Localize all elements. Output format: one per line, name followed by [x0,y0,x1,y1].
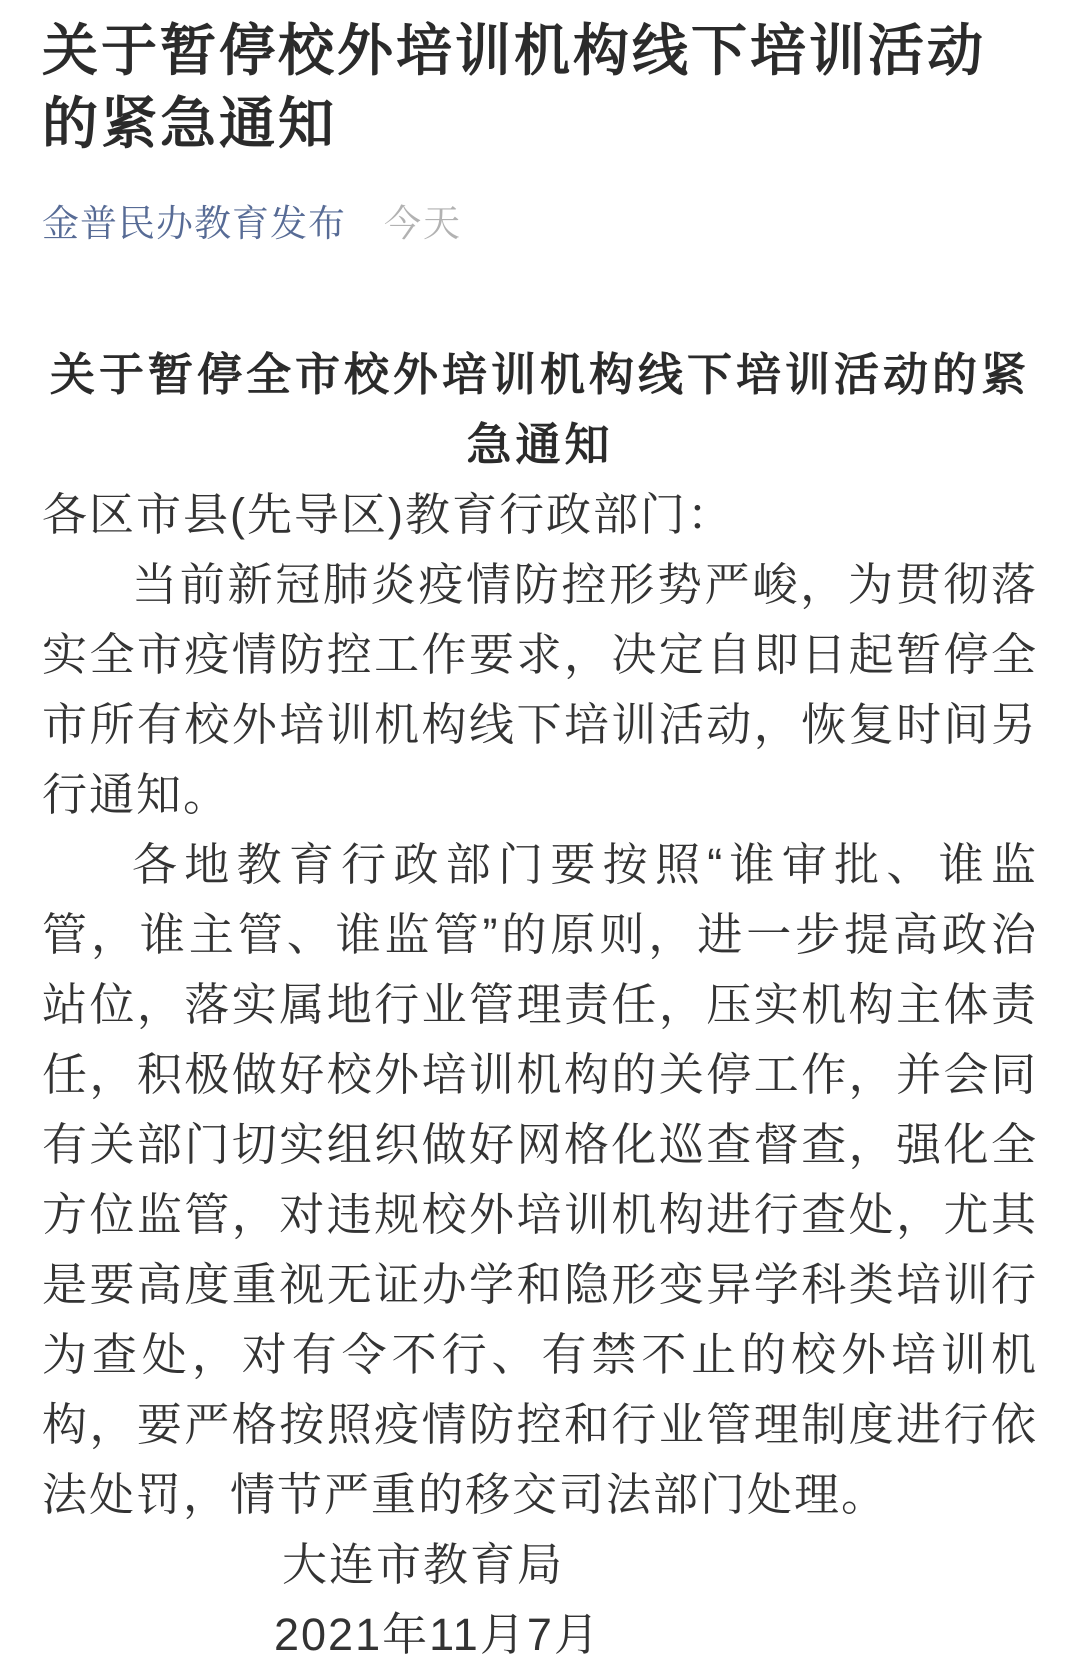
body-paragraph: 各地教育行政部门要按照“谁审批、谁监管，谁主管、谁监管”的原则，进一步提高政治站… [42,830,1038,1530]
notice-date: 2021年11月7月 [42,1600,1038,1670]
notice-heading: 关于暂停全市校外培训机构线下培训活动的紧急通知 [42,340,1038,480]
article-title: 关于暂停校外培训机构线下培训活动的紧急通知 [42,14,1038,160]
publish-time: 今天 [384,204,462,244]
article-page: 关于暂停校外培训机构线下培训活动的紧急通知 金普民办教育发布 今天 关于暂停全市… [42,14,1038,1670]
article-meta: 金普民办教育发布 今天 [42,204,1038,244]
body-paragraph: 当前新冠肺炎疫情防控形势严峻，为贯彻落实全市疫情防控工作要求，决定自即日起暂停全… [42,550,1038,830]
signature: 大连市教育局 [42,1530,1038,1600]
salutation: 各区市县(先导区)教育行政部门： [42,480,1038,550]
account-name-link[interactable]: 金普民办教育发布 [42,204,346,244]
notice-body: 各区市县(先导区)教育行政部门： 当前新冠肺炎疫情防控形势严峻，为贯彻落实全市疫… [42,480,1038,1670]
